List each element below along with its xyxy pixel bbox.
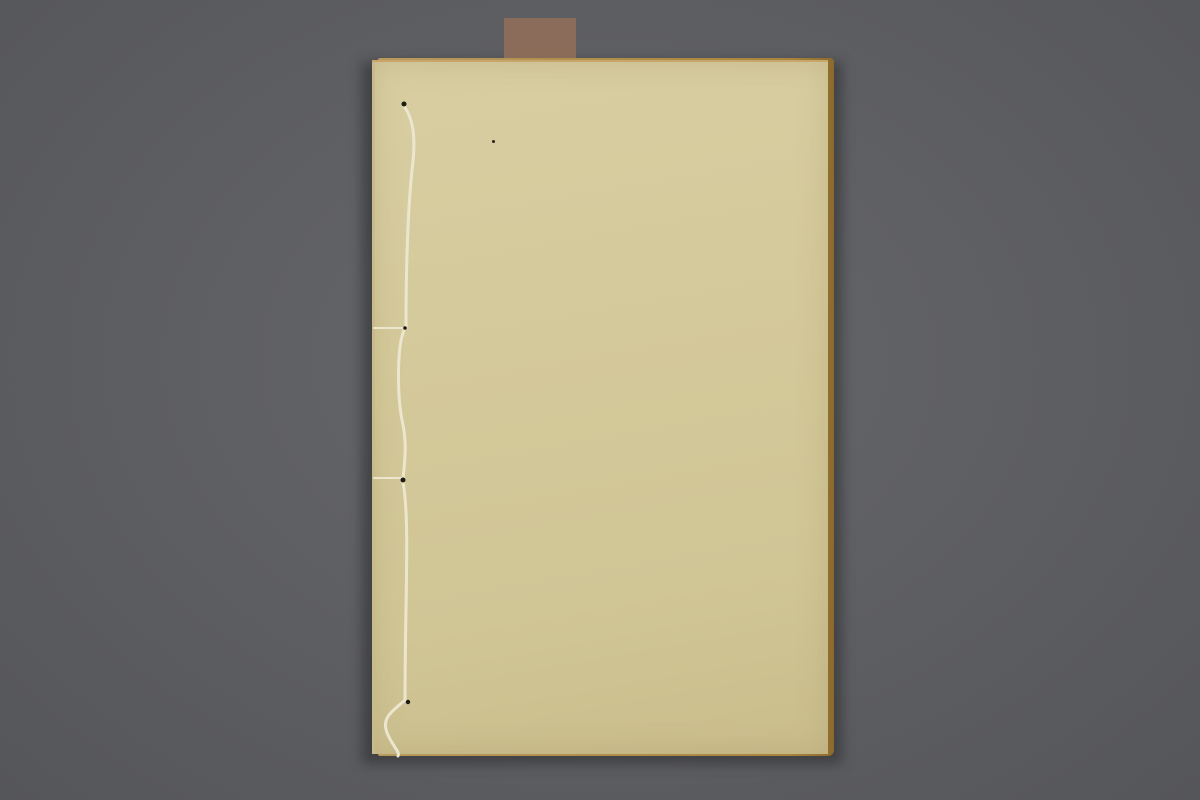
binding-thread: [0, 0, 1200, 800]
cover-speck: [492, 140, 495, 143]
